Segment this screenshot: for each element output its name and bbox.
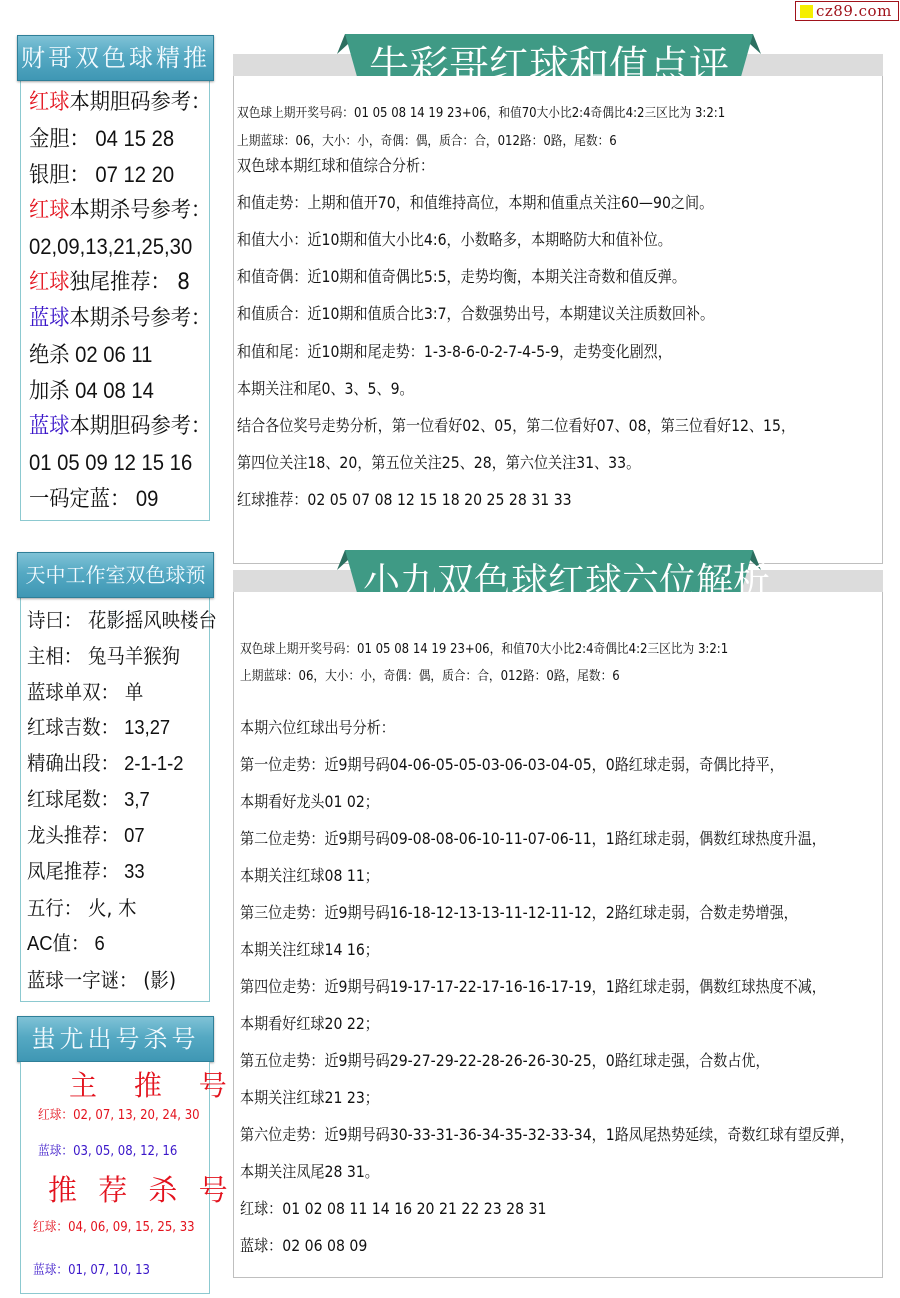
niucaige-body: 双色球上期开奖号码：01 05 08 14 19 23+06，和值70大小比2:…	[233, 76, 883, 564]
tianzhong-row: 龙头推荐： 07	[27, 818, 194, 854]
blue-ball-summary: 蓝球：02 06 08 09	[240, 1233, 367, 1256]
tianzhong-row: 蓝球一字谜： (影)	[27, 962, 194, 998]
caige-row: 金胆： 04 15 28	[29, 121, 195, 157]
site-logo[interactable]: cz89.com	[795, 1, 899, 21]
text-line: 第四位关注18、20，第五位关注25、28，第六位关注31、33。	[237, 450, 640, 473]
text-line: 和值和尾：近10期和尾走势：1-3-8-6-0-2-7-4-5-9，走势变化剧烈…	[237, 339, 672, 362]
text-line: 本期关注红球21 23；	[240, 1085, 379, 1108]
text-line: 双色球本期红球和值综合分析：	[237, 153, 434, 176]
text-line: 本期看好龙头01 02；	[240, 789, 379, 812]
text-line: 第二位走势：近9期号码09-08-08-06-10-11-07-06-11，1路…	[240, 826, 826, 849]
kill-heading: 推 荐 杀 号	[48, 1168, 234, 1209]
text-line: 和值质合：近10期和值质合比3:7，合数强势出号，本期建议关注质数回补。	[237, 301, 714, 324]
caige-row: 红球独尾推荐： 8	[29, 265, 195, 301]
kill-red: 红球：04, 06, 09, 15, 25, 33	[33, 1216, 195, 1235]
caige-row: 银胆： 07 12 20	[29, 157, 195, 193]
text-line: 第六位走势：近9期号码30-33-31-36-34-35-32-33-34，1路…	[240, 1122, 854, 1145]
red-ball-summary: 红球：01 02 08 11 14 16 20 21 22 23 28 31	[240, 1196, 546, 1219]
tianzhong-row: 红球吉数： 13,27	[27, 710, 194, 746]
text-line: 和值奇偶：近10期和值奇偶比5:5，走势均衡，本期关注奇数和值反弹。	[237, 264, 686, 287]
text-line: 上期蓝球：06，大小：小，奇偶：偶，质合：合，012路：0路，尾数：6	[237, 130, 617, 149]
text-line: 和值走势：上期和值开70，和值维持高位，本期和值重点关注60—90之间。	[237, 190, 713, 213]
chiyou-panel: 蚩尤出号杀号 主 推 号 红球：02, 07, 13, 20, 24, 30 蓝…	[17, 1016, 213, 1294]
text-line: 本期关注和尾0、3、5、9。	[237, 376, 414, 399]
caige-row: 加杀 04 08 14	[29, 373, 195, 409]
red-ball-recommendation: 红球推荐：02 05 07 08 12 15 18 20 25 28 31 33	[237, 487, 572, 510]
chiyou-panel-body: 主 推 号 红球：02, 07, 13, 20, 24, 30 蓝球：03, 0…	[20, 1062, 210, 1294]
xiaojiu-panel: 小九双色球红球六位解析 双色球上期开奖号码：01 05 08 14 19 23+…	[233, 550, 883, 1280]
chiyou-panel-title: 蚩尤出号杀号	[17, 1016, 214, 1062]
text-line: 上期蓝球：06，大小：小，奇偶：偶，质合：合，012路：0路，尾数：6	[240, 665, 620, 684]
xiaojiu-body: 双色球上期开奖号码：01 05 08 14 19 23+06，和值70大小比2:…	[233, 592, 883, 1278]
main-pick-red: 红球：02, 07, 13, 20, 24, 30	[38, 1104, 200, 1123]
main-pick-heading: 主 推 号	[69, 1064, 241, 1104]
kill-blue: 蓝球：01, 07, 10, 13	[33, 1259, 150, 1278]
text-line: 第一位走势：近9期号码04-06-05-05-03-06-03-04-05，0路…	[240, 752, 784, 775]
caige-row: 红球本期杀号参考：	[29, 193, 195, 229]
tianzhong-row: 凤尾推荐： 33	[27, 854, 194, 890]
caige-row: 绝杀 02 06 11	[29, 337, 195, 373]
caige-panel: 财哥双色球精推 红球本期胆码参考： 金胆： 04 15 28 银胆： 07 12…	[17, 35, 213, 521]
text-line: 双色球上期开奖号码：01 05 08 14 19 23+06，和值70大小比2:…	[237, 102, 725, 121]
tianzhong-row: 五行： 火, 木	[27, 890, 194, 926]
tianzhong-row: 主相： 兔马羊猴狗	[27, 638, 194, 674]
caige-row: 蓝球本期胆码参考：	[29, 409, 195, 445]
caige-panel-title: 财哥双色球精推	[17, 35, 214, 81]
text-line: 结合各位奖号走势分析，第一位看好02、05，第二位看好07、08，第三位看好12…	[237, 413, 795, 436]
logo-text: cz89.com	[816, 2, 892, 20]
text-line: 本期六位红球出号分析：	[240, 715, 395, 738]
tianzhong-row: 红球尾数： 3,7	[27, 782, 194, 818]
logo-square-icon	[800, 5, 813, 18]
tianzhong-panel-title: 天中工作室双色球预测	[17, 552, 214, 598]
tianzhong-row: 蓝球单双： 单	[27, 674, 194, 710]
tianzhong-row: 精确出段： 2-1-1-2	[27, 746, 194, 782]
caige-row: 蓝球本期杀号参考：	[29, 301, 195, 337]
tianzhong-row: AC值： 6	[27, 926, 194, 962]
text-line: 本期关注凤尾28 31。	[240, 1159, 379, 1182]
text-line: 和值大小：近10期和值大小比4:6，小数略多，本期略防大和值补位。	[237, 227, 672, 250]
text-line: 双色球上期开奖号码：01 05 08 14 19 23+06，和值70大小比2:…	[240, 638, 728, 657]
niucaige-panel: 牛彩哥红球和值点评 双色球上期开奖号码：01 05 08 14 19 23+06…	[233, 34, 883, 531]
caige-row: 一码定蓝： 09	[29, 481, 195, 517]
text-line: 第四位走势：近9期号码19-17-17-22-17-16-16-17-19，1路…	[240, 974, 826, 997]
caige-row: 01 05 09 12 15 16	[29, 445, 195, 481]
text-line: 第三位走势：近9期号码16-18-12-13-13-11-12-11-12，2路…	[240, 900, 798, 923]
text-line: 第五位走势：近9期号码29-27-29-22-28-26-26-30-25，0路…	[240, 1048, 770, 1071]
tianzhong-panel-body: 诗曰： 花影摇风映楼台 主相： 兔马羊猴狗 蓝球单双： 单 红球吉数： 13,2…	[20, 598, 210, 1002]
caige-panel-body: 红球本期胆码参考： 金胆： 04 15 28 银胆： 07 12 20 红球本期…	[20, 81, 210, 521]
tianzhong-panel: 天中工作室双色球预测 诗曰： 花影摇风映楼台 主相： 兔马羊猴狗 蓝球单双： 单…	[17, 552, 213, 1002]
caige-row: 02,09,13,21,25,30	[29, 229, 195, 265]
caige-row: 红球本期胆码参考：	[29, 85, 195, 121]
text-line: 本期关注红球08 11；	[240, 863, 379, 886]
main-pick-blue: 蓝球：03, 05, 08, 12, 16	[38, 1140, 177, 1159]
text-line: 本期关注红球14 16；	[240, 937, 379, 960]
text-line: 本期看好红球20 22；	[240, 1011, 379, 1034]
tianzhong-row: 诗曰： 花影摇风映楼台	[27, 602, 194, 638]
